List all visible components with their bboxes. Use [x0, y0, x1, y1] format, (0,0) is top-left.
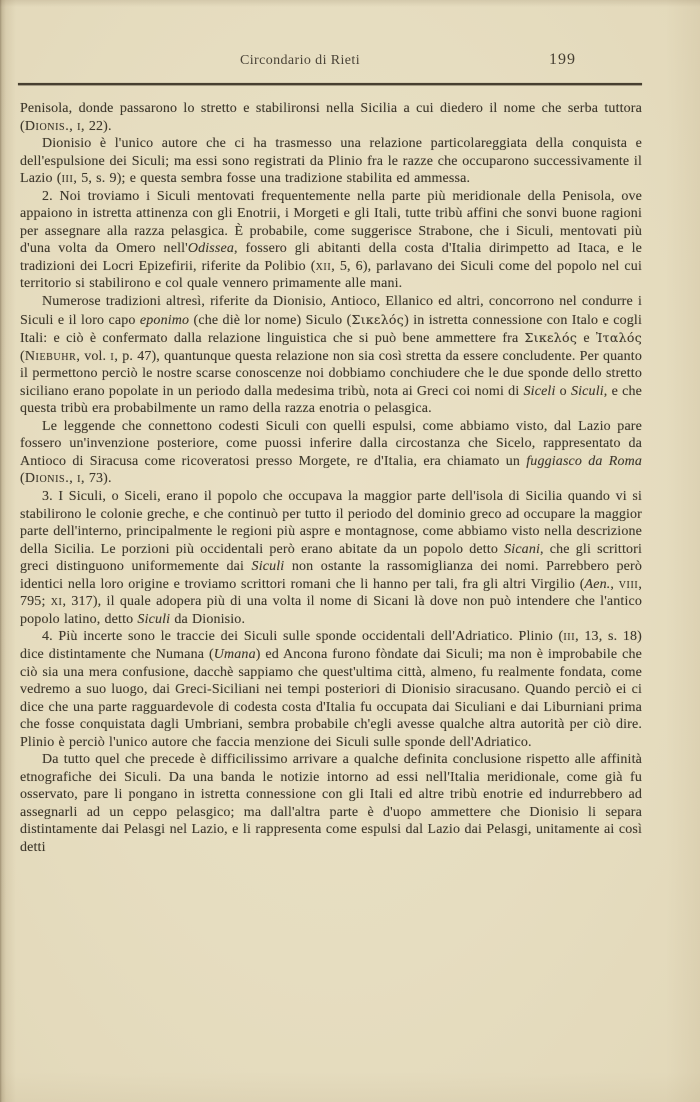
paragraph: Le leggende che connettono codesti Sicul… [20, 418, 642, 488]
book-page: Circondario di Rieti 199 Penisola, donde… [0, 0, 700, 1102]
paragraph: Dionisio è l'unico autore che ci ha tras… [20, 135, 642, 188]
paragraph: Penisola, donde passarono lo stretto e s… [20, 100, 642, 135]
page-header: Circondario di Rieti 199 [0, 51, 700, 75]
header-rule [18, 83, 642, 85]
paragraph: Numerose tradizioni altresì, riferite da… [20, 293, 642, 418]
paragraph: 4. Più incerte sono le traccie dei Sicul… [20, 628, 642, 751]
paragraph: Da tutto quel che precede è difficilissi… [20, 751, 642, 856]
page-number: 199 [549, 51, 576, 69]
paragraph: 2. Noi troviamo i Siculi mentovati frequ… [20, 188, 642, 293]
running-title: Circondario di Rieti [240, 53, 360, 69]
paragraph: 3. I Siculi, o Siceli, erano il popolo c… [20, 488, 642, 628]
text-body: Penisola, donde passarono lo stretto e s… [20, 100, 642, 857]
